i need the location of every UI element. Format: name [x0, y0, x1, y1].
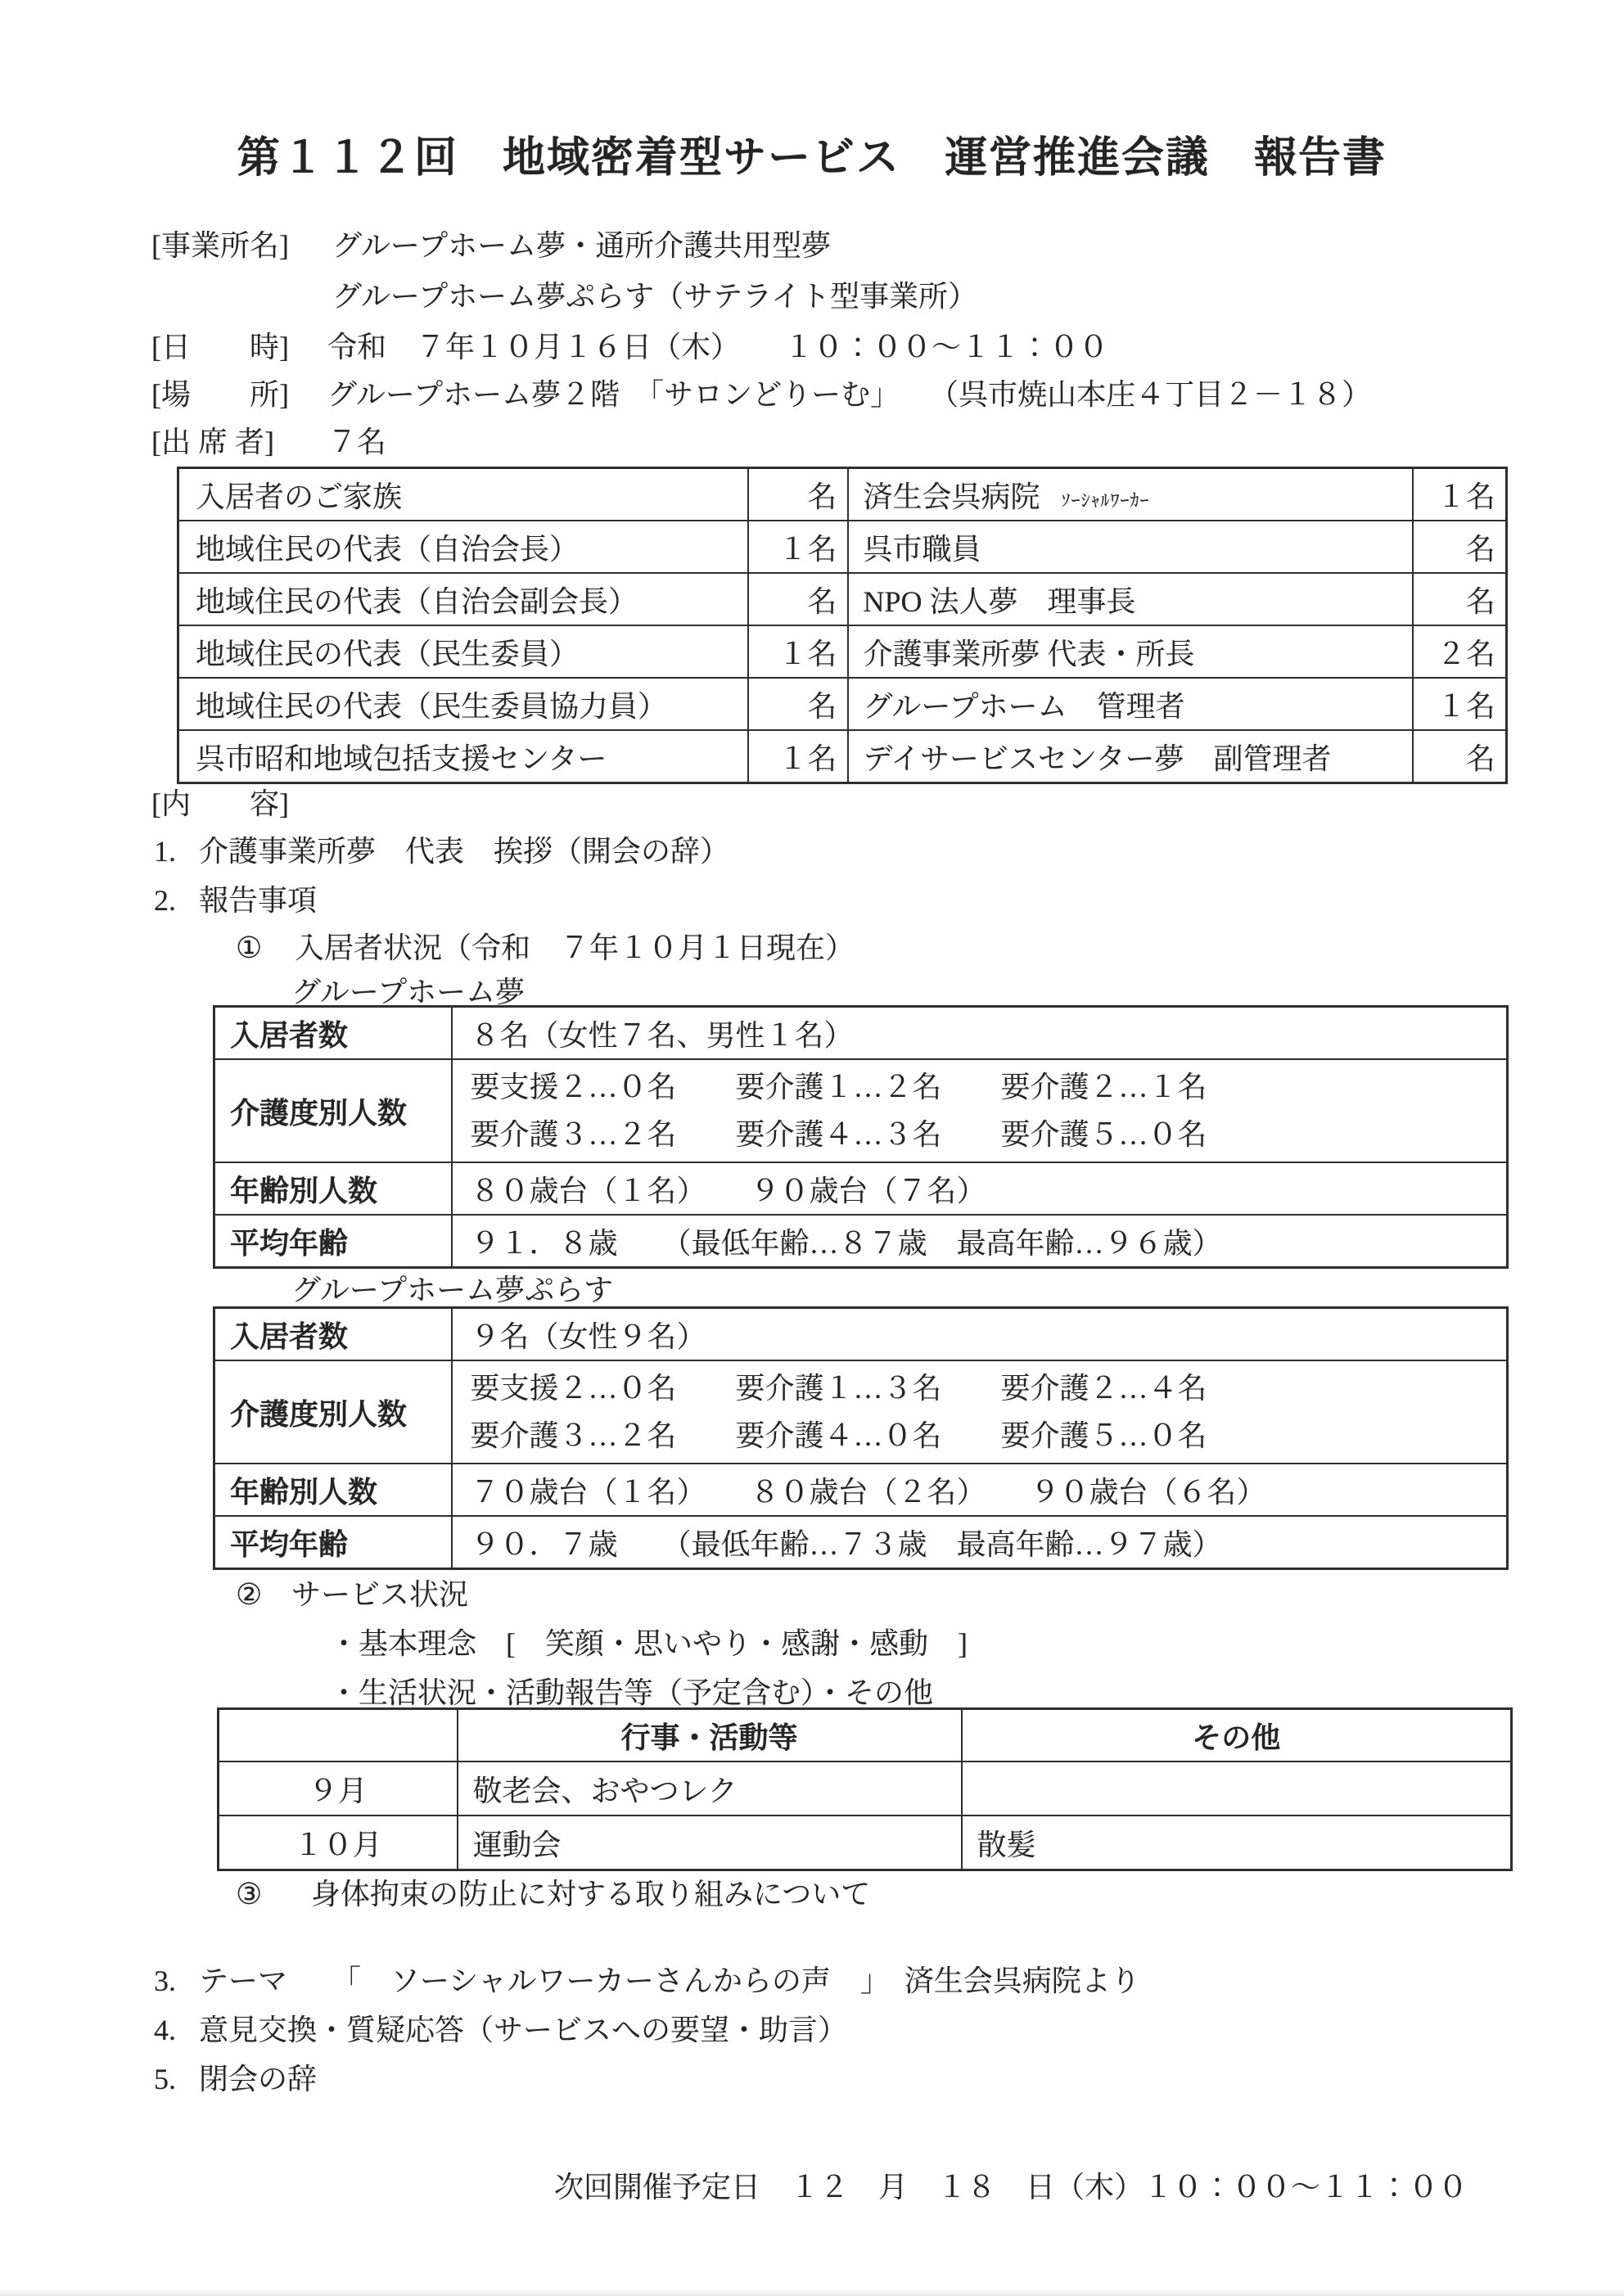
attendee-row: 入居者のご家族 名 済生会呉病院ｿｰｼｬﾙﾜｰｶｰ １名 — [178, 468, 1507, 521]
sub-item-3-number: ③ — [236, 1878, 262, 1911]
attendee-right-count: １名 — [1413, 678, 1507, 730]
attendee-row: 地域住民の代表（民生委員） １名 介護事業所夢 代表・所長 ２名 — [178, 625, 1507, 678]
attendee-right-name: デイサービスセンター夢 副管理者 — [848, 730, 1413, 783]
row-value: ９０．７歳 （最低年齢…７３歳 最高年齢…９７歳） — [452, 1516, 1508, 1569]
row-label: 年齢別人数 — [214, 1464, 452, 1516]
attendee-left-name: 呉市昭和地域包括支援センター — [178, 730, 748, 783]
care-level-line1: 要支援２…０名 要介護１…３名 要介護２…４名 — [471, 1365, 1507, 1412]
row-value: 要支援２…０名 要介護１…２名 要介護２…１名 要介護３…２名 要介護４…３名 … — [452, 1059, 1508, 1162]
attendee-left-count: 名 — [748, 678, 848, 730]
row-label: 介護度別人数 — [214, 1360, 452, 1464]
scan-artifact — [0, 2289, 1624, 2296]
home2-caption: グループホーム夢ぷらす — [291, 1274, 613, 1307]
activity-header-month — [219, 1709, 458, 1762]
sub-item-2: サービス状況 — [291, 1578, 468, 1612]
attendee-right-name: 呉市職員 — [848, 521, 1413, 573]
place-label: [場 所] — [151, 378, 289, 412]
office-name-line2: グループホーム夢ぷらす（サテライト型事業所） — [332, 280, 977, 314]
row-label: 平均年齢 — [214, 1516, 452, 1569]
row-value: 要支援２…０名 要介護１…３名 要介護２…４名 要介護３…２名 要介護４…０名 … — [452, 1360, 1508, 1464]
activity-header-row: 行事・活動等 その他 — [219, 1709, 1512, 1762]
attendee-right-count: １名 — [1413, 468, 1507, 521]
attendee-right-name: NPO 法人夢 理事長 — [848, 573, 1413, 625]
attendee-left-name: 地域住民の代表（自治会副会長） — [178, 573, 748, 625]
attendee-table: 入居者のご家族 名 済生会呉病院ｿｰｼｬﾙﾜｰｶｰ １名 地域住民の代表（自治会… — [177, 467, 1508, 784]
attendee-right-name: 介護事業所夢 代表・所長 — [848, 625, 1413, 678]
activity-events: 運動会 — [458, 1816, 962, 1870]
table-row: 平均年齢 ９０．７歳 （最低年齢…７３歳 最高年齢…９７歳） — [214, 1516, 1508, 1569]
attendee-left-count: 名 — [748, 573, 848, 625]
table-row: 年齢別人数 ８０歳台（１名） ９０歳台（７名） — [214, 1162, 1508, 1215]
list-item-3: テーマ 「 ソーシャルワーカーさんからの声 」 済生会呉病院より — [199, 1964, 1140, 1998]
list-item-1-number: 1. — [154, 835, 176, 868]
activity-table: 行事・活動等 その他 ９月 敬老会、おやつレク １０月 運動会 散髪 — [217, 1707, 1513, 1871]
contents-label: [内 容] — [151, 787, 289, 821]
row-label: 平均年齢 — [214, 1215, 452, 1268]
attendee-left-name: 地域住民の代表（民生委員協力員） — [178, 678, 748, 730]
list-item-2-number: 2. — [154, 884, 176, 918]
activity-events: 敬老会、おやつレク — [458, 1761, 962, 1816]
attendee-right-count: 名 — [1413, 573, 1507, 625]
row-label: 入居者数 — [214, 1308, 452, 1361]
life-activity-bullet: ・生活状況・活動報告等（予定含む）・その他 — [329, 1676, 933, 1710]
attendee-left-name: 地域住民の代表（民生委員） — [178, 625, 748, 678]
attendee-left-count: １名 — [748, 625, 848, 678]
row-value: ７０歳台（１名） ８０歳台（２名） ９０歳台（６名） — [452, 1464, 1508, 1516]
attendee-row: 地域住民の代表（自治会長） １名 呉市職員 名 — [178, 521, 1507, 573]
activity-month: ９月 — [219, 1761, 458, 1816]
care-level-line2: 要介護３…２名 要介護４…３名 要介護５…０名 — [471, 1111, 1507, 1158]
activity-other — [962, 1761, 1512, 1816]
attendee-row: 地域住民の代表（民生委員協力員） 名 グループホーム 管理者 １名 — [178, 678, 1507, 730]
page-title: 第１１２回 地域密着型サービス 運営推進会議 報告書 — [0, 123, 1624, 184]
datetime-label: [日 時] — [151, 331, 289, 364]
attendee-left-count: １名 — [748, 730, 848, 783]
table-row: 入居者数 ９名（女性９名） — [214, 1308, 1508, 1361]
care-level-line2: 要介護３…２名 要介護４…０名 要介護５…０名 — [471, 1412, 1507, 1459]
attendee-right-subtitle: ｿｰｼｬﾙﾜｰｶｰ — [1062, 490, 1150, 511]
row-value: ９名（女性９名） — [452, 1308, 1508, 1361]
row-label: 年齢別人数 — [214, 1162, 452, 1215]
datetime-value: 令和 ７年１０月１６日（木） １０：００～１１：００ — [327, 331, 1108, 364]
activity-row: ９月 敬老会、おやつレク — [219, 1761, 1512, 1816]
row-label: 入居者数 — [214, 1007, 452, 1060]
table-row: 年齢別人数 ７０歳台（１名） ８０歳台（２名） ９０歳台（６名） — [214, 1464, 1508, 1516]
home1-table: 入居者数 ８名（女性７名、男性１名） 介護度別人数 要支援２…０名 要介護１…２… — [213, 1005, 1509, 1269]
attendee-left-name: 入居者のご家族 — [178, 468, 748, 521]
list-item-1: 介護事業所夢 代表 挨拶（開会の辞） — [199, 835, 729, 868]
report-page: 第１１２回 地域密着型サービス 運営推進会議 報告書 [事業所名] グループホー… — [0, 0, 1624, 2296]
row-value: ８０歳台（１名） ９０歳台（７名） — [452, 1162, 1508, 1215]
list-item-4-number: 4. — [154, 2014, 176, 2047]
place-value: グループホーム夢２階 「サロンどりーむ」 （呉市焼山本庄４丁目２－１８） — [327, 378, 1371, 412]
activity-row: １０月 運動会 散髪 — [219, 1816, 1512, 1870]
attendee-left-count: １名 — [748, 521, 848, 573]
home2-table: 入居者数 ９名（女性９名） 介護度別人数 要支援２…０名 要介護１…３名 要介護… — [213, 1306, 1509, 1570]
attendee-left-count: 名 — [748, 468, 848, 521]
list-item-4: 意見交換・質疑応答（サービスへの要望・助言） — [199, 2014, 847, 2047]
attendee-row: 地域住民の代表（自治会副会長） 名 NPO 法人夢 理事長 名 — [178, 573, 1507, 625]
table-row: 入居者数 ８名（女性７名、男性１名） — [214, 1007, 1508, 1060]
row-value: ８名（女性７名、男性１名） — [452, 1007, 1508, 1060]
activity-header-events: 行事・活動等 — [458, 1709, 962, 1762]
activity-other: 散髪 — [962, 1816, 1512, 1870]
activity-header-other: その他 — [962, 1709, 1512, 1762]
philosophy-bullet: ・基本理念 [ 笑顔・思いやり・感謝・感動 ] — [329, 1627, 968, 1661]
table-row: 介護度別人数 要支援２…０名 要介護１…３名 要介護２…４名 要介護３…２名 要… — [214, 1360, 1508, 1464]
attendee-right-count: 名 — [1413, 521, 1507, 573]
attendees-count: ７名 — [327, 426, 386, 459]
sub-item-3: 身体拘束の防止に対する取り組みについて — [311, 1878, 870, 1911]
list-item-3-number: 3. — [154, 1964, 176, 1998]
attendee-right-count: ２名 — [1413, 625, 1507, 678]
sub-item-2-number: ② — [236, 1578, 262, 1612]
care-level-line1: 要支援２…０名 要介護１…２名 要介護２…１名 — [471, 1063, 1507, 1111]
office-name-label: [事業所名] — [151, 229, 289, 263]
attendees-label: [出 席 者] — [151, 426, 274, 459]
row-label: 介護度別人数 — [214, 1059, 452, 1162]
table-row: 介護度別人数 要支援２…０名 要介護１…２名 要介護２…１名 要介護３…２名 要… — [214, 1059, 1508, 1162]
attendee-right-count: 名 — [1413, 730, 1507, 783]
list-item-2: 報告事項 — [199, 884, 317, 918]
sub-item-1: 入居者状況（令和 ７年１０月１日現在） — [295, 931, 855, 965]
list-item-5-number: 5. — [154, 2063, 176, 2096]
table-row: 平均年齢 ９１．８歳 （最低年齢…８７歳 最高年齢…９６歳） — [214, 1215, 1508, 1268]
list-item-5: 閉会の辞 — [199, 2063, 317, 2096]
attendee-right-name: 済生会呉病院ｿｰｼｬﾙﾜｰｶｰ — [848, 468, 1413, 521]
row-value: ９１．８歳 （最低年齢…８７歳 最高年齢…９６歳） — [452, 1215, 1508, 1268]
activity-month: １０月 — [219, 1816, 458, 1870]
office-name-line1: グループホーム夢・通所介護共用型夢 — [332, 229, 831, 263]
attendee-left-name: 地域住民の代表（自治会長） — [178, 521, 748, 573]
attendee-row: 呉市昭和地域包括支援センター １名 デイサービスセンター夢 副管理者 名 — [178, 730, 1507, 783]
attendee-right-name: グループホーム 管理者 — [848, 678, 1413, 730]
sub-item-1-number: ① — [236, 931, 262, 965]
next-meeting-date: 次回開催予定日 １２ 月 １８ 日（木）１０：００～１１：００ — [554, 2171, 1468, 2204]
